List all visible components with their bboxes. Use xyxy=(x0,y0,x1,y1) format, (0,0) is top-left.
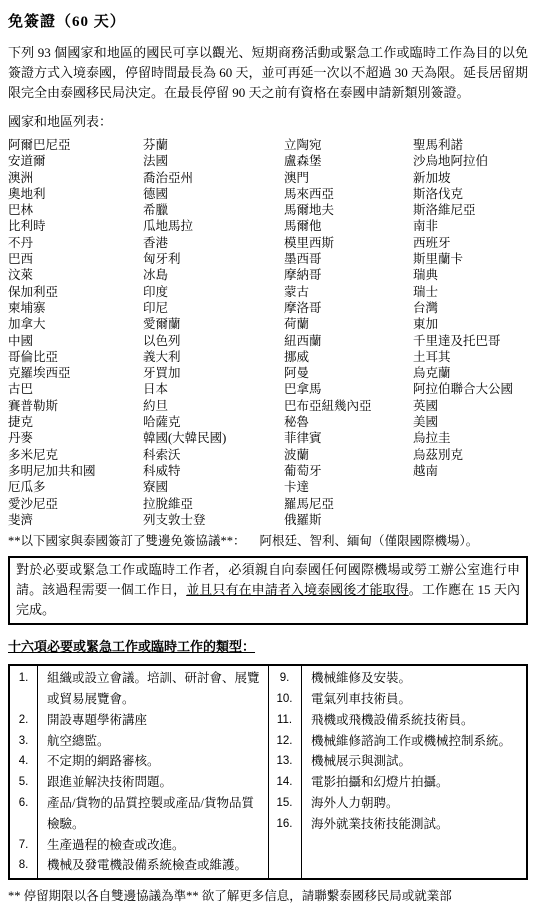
country-item: 印尼 xyxy=(143,300,284,316)
work-type-number: 15. xyxy=(268,793,301,814)
work-type-row: 3. 航空總監。 xyxy=(10,731,268,752)
country-item: 保加利亞 xyxy=(8,284,143,300)
country-item: 摩洛哥 xyxy=(284,300,413,316)
country-item: 捷克 xyxy=(8,414,143,430)
work-type-number: 8. xyxy=(10,855,37,876)
country-item: 瑞典 xyxy=(413,267,536,283)
work-type-text: 飛機或飛機設備系統技術員。 xyxy=(301,710,526,731)
country-column-4: 聖馬利諾沙烏地阿拉伯新加坡斯洛伐克斯洛維尼亞南非西班牙斯里蘭卡瑞典瑞士台灣東加千… xyxy=(413,137,536,528)
country-column-1: 阿爾巴尼亞安道爾澳洲奧地利巴林比利時不丹巴西汶萊保加利亞柬埔寨加拿大中國哥倫比亞… xyxy=(8,137,143,528)
country-list-label: 國家和地區列表： xyxy=(8,111,528,130)
country-item: 斯洛伐克 xyxy=(413,186,536,202)
country-item: 千里達及托巴哥 xyxy=(413,333,536,349)
work-type-text: 機械維修諮詢工作或機械控制系統。 xyxy=(301,731,526,752)
country-item: 土耳其 xyxy=(413,349,536,365)
country-item: 巴拿馬 xyxy=(284,381,413,397)
work-type-number: 1. xyxy=(10,668,37,710)
country-item: 沙烏地阿拉伯 xyxy=(413,153,536,169)
work-type-row: 9. 機械維修及安裝。 xyxy=(268,668,526,689)
work-type-row: 12. 機械維修諮詢工作或機械控制系統。 xyxy=(268,731,526,752)
work-type-number: 14. xyxy=(268,772,301,793)
work-type-row: 10. 電氣列車技術員。 xyxy=(268,689,526,710)
country-item: 波蘭 xyxy=(284,447,413,463)
country-item: 義大利 xyxy=(143,349,284,365)
document-page: 免簽證（60 天） 下列 93 個國家和地區的國民可享以觀光、短期商務活動或緊急… xyxy=(0,0,536,923)
work-type-row: 16. 海外就業技術技能測試。 xyxy=(268,814,526,835)
work-type-text: 不定期的網路審核。 xyxy=(37,751,268,772)
country-item: 古巴 xyxy=(8,381,143,397)
country-item: 阿爾巴尼亞 xyxy=(8,137,143,153)
country-item: 東加 xyxy=(413,316,536,332)
bilateral-note: **以下國家與泰國簽訂了雙邊免簽協議**：阿根廷、智利、緬甸（僅限國際機場）。 xyxy=(8,531,528,549)
work-type-text: 海外人力朝聘。 xyxy=(301,793,526,814)
country-item: 拉脫維亞 xyxy=(143,496,284,512)
country-item: 斐濟 xyxy=(8,512,143,528)
work-type-row: 13. 機械展示與測試。 xyxy=(268,751,526,772)
notice-text-underlined: 並且只有在申請者入境泰國後才能取得 xyxy=(186,582,409,597)
country-item: 巴布亞紐幾內亞 xyxy=(284,398,413,414)
country-item: 烏拉圭 xyxy=(413,430,536,446)
country-item: 愛沙尼亞 xyxy=(8,496,143,512)
country-item: 巴西 xyxy=(8,251,143,267)
country-item: 多米尼克 xyxy=(8,447,143,463)
country-item: 冰島 xyxy=(143,267,284,283)
country-item: 哈薩克 xyxy=(143,414,284,430)
country-item: 哥倫比亞 xyxy=(8,349,143,365)
application-notice-box: 對於必要或緊急工作或臨時工作者，必須親自向泰國任何國際機場或勞工辦公室進行申請。… xyxy=(8,556,528,625)
country-item: 德國 xyxy=(143,186,284,202)
country-item: 挪威 xyxy=(284,349,413,365)
country-item: 摩納哥 xyxy=(284,267,413,283)
country-item: 俄羅斯 xyxy=(284,512,413,528)
work-type-number: 9. xyxy=(268,668,301,689)
work-type-number: 10. xyxy=(268,689,301,710)
country-item: 越南 xyxy=(413,463,536,479)
country-item: 菲律賓 xyxy=(284,430,413,446)
country-item: 賽普勒斯 xyxy=(8,398,143,414)
country-item: 斯里蘭卡 xyxy=(413,251,536,267)
country-item: 不丹 xyxy=(8,235,143,251)
work-type-row: 6. 產品/貨物的品質控製或產品/貨物品質檢驗。 xyxy=(10,793,268,835)
work-type-text: 電氣列車技術員。 xyxy=(301,689,526,710)
work-type-number: 13. xyxy=(268,751,301,772)
country-item: 瑞士 xyxy=(413,284,536,300)
country-item: 約旦 xyxy=(143,398,284,414)
work-type-number: 5. xyxy=(10,772,37,793)
bilateral-note-label: **以下國家與泰國簽訂了雙邊免簽協議**： xyxy=(8,534,246,548)
country-item: 以色列 xyxy=(143,333,284,349)
country-item: 科威特 xyxy=(143,463,284,479)
work-type-text: 海外就業技術技能測試。 xyxy=(301,814,526,835)
country-item: 羅馬尼亞 xyxy=(284,496,413,512)
country-item: 澳洲 xyxy=(8,170,143,186)
work-type-row: 7. 生產過程的檢查或改進。 xyxy=(10,835,268,856)
country-item: 立陶宛 xyxy=(284,137,413,153)
work-types-heading: 十六項必要或緊急工作或臨時工作的類型： xyxy=(8,636,528,655)
work-type-text: 產品/貨物的品質控製或產品/貨物品質檢驗。 xyxy=(37,793,268,835)
work-type-number: 11. xyxy=(268,710,301,731)
work-type-number: 6. xyxy=(10,793,37,835)
country-item: 台灣 xyxy=(413,300,536,316)
country-list: 阿爾巴尼亞安道爾澳洲奧地利巴林比利時不丹巴西汶萊保加利亞柬埔寨加拿大中國哥倫比亞… xyxy=(8,137,528,528)
country-item: 安道爾 xyxy=(8,153,143,169)
country-item: 汶萊 xyxy=(8,267,143,283)
table-divider xyxy=(268,666,269,878)
country-item: 美國 xyxy=(413,414,536,430)
work-type-number: 2. xyxy=(10,710,37,731)
country-column-2: 芬蘭法國喬治亞州德國希臘瓜地馬拉香港匈牙利冰島印度印尼愛爾蘭以色列義大利牙買加日… xyxy=(143,137,284,528)
country-item: 荷蘭 xyxy=(284,316,413,332)
work-type-number: 12. xyxy=(268,731,301,752)
country-item: 丹麥 xyxy=(8,430,143,446)
country-item: 韓國(大韓民國) xyxy=(143,430,284,446)
country-item: 南非 xyxy=(413,218,536,234)
country-item: 多明尼加共和國 xyxy=(8,463,143,479)
country-item: 法國 xyxy=(143,153,284,169)
country-item: 加拿大 xyxy=(8,316,143,332)
country-item: 阿曼 xyxy=(284,365,413,381)
country-item: 寮國 xyxy=(143,479,284,495)
country-item: 卡達 xyxy=(284,479,413,495)
work-type-text: 組織或設立會議。培訓、研討會、展覽或貿易展覽會。 xyxy=(37,668,268,710)
country-item: 瓜地馬拉 xyxy=(143,218,284,234)
work-type-row: 11. 飛機或飛機設備系統技術員。 xyxy=(268,710,526,731)
work-type-number: 7. xyxy=(10,835,37,856)
country-item: 馬爾他 xyxy=(284,218,413,234)
country-item: 匈牙利 xyxy=(143,251,284,267)
country-item: 比利時 xyxy=(8,218,143,234)
country-item: 烏克蘭 xyxy=(413,365,536,381)
country-item: 日本 xyxy=(143,381,284,397)
work-type-row: 15. 海外人力朝聘。 xyxy=(268,793,526,814)
work-types-right-column: 9. 機械維修及安裝。 10. 電氣列車技術員。 11. 飛機或飛機設備系統技術… xyxy=(268,666,526,878)
bilateral-note-countries: 阿根廷、智利、緬甸（僅限國際機場）。 xyxy=(260,534,479,548)
country-column-3: 立陶宛盧森堡澳門馬來西亞馬爾地夫馬爾他模里西斯墨西哥摩納哥蒙古摩洛哥荷蘭紐西蘭挪… xyxy=(284,137,413,528)
country-item: 馬爾地夫 xyxy=(284,202,413,218)
table-divider xyxy=(301,666,302,878)
work-type-text: 開設專題學術講座 xyxy=(37,710,268,731)
country-item: 西班牙 xyxy=(413,235,536,251)
country-item: 紐西蘭 xyxy=(284,333,413,349)
work-type-text: 電影拍攝和幻燈片拍攝。 xyxy=(301,772,526,793)
work-types-table: 1. 組織或設立會議。培訓、研討會、展覽或貿易展覽會。 2. 開設專題學術講座 … xyxy=(8,664,528,880)
work-type-row: 2. 開設專題學術講座 xyxy=(10,710,268,731)
work-type-row: 14. 電影拍攝和幻燈片拍攝。 xyxy=(268,772,526,793)
footer-note: ** 停留期限以各自雙邊協議為準** 欲了解更多信息，請聯繫泰國移民局或就業部 xyxy=(8,886,528,904)
work-type-number: 16. xyxy=(268,814,301,835)
country-item: 中國 xyxy=(8,333,143,349)
country-item: 奧地利 xyxy=(8,186,143,202)
country-item: 斯洛維尼亞 xyxy=(413,202,536,218)
country-item: 印度 xyxy=(143,284,284,300)
country-item: 愛爾蘭 xyxy=(143,316,284,332)
country-item: 聖馬利諾 xyxy=(413,137,536,153)
country-item: 柬埔寨 xyxy=(8,300,143,316)
intro-paragraph: 下列 93 個國家和地區的國民可享以觀光、短期商務活動或緊急工作或臨時工作為目的… xyxy=(8,43,528,103)
work-type-text: 機械及發電機設備系統檢查或維護。 xyxy=(37,855,268,876)
work-type-number: 3. xyxy=(10,731,37,752)
work-type-row: 8. 機械及發電機設備系統檢查或維護。 xyxy=(10,855,268,876)
work-type-number: 4. xyxy=(10,751,37,772)
country-item: 列支敦士登 xyxy=(143,512,284,528)
table-divider xyxy=(37,666,38,878)
country-item: 澳門 xyxy=(284,170,413,186)
country-item: 克羅埃西亞 xyxy=(8,365,143,381)
country-item: 模里西斯 xyxy=(284,235,413,251)
work-type-text: 航空總監。 xyxy=(37,731,268,752)
country-item: 馬來西亞 xyxy=(284,186,413,202)
work-type-row: 5. 跟進並解決技術問題。 xyxy=(10,772,268,793)
work-type-text: 生產過程的檢查或改進。 xyxy=(37,835,268,856)
country-item: 烏茲別克 xyxy=(413,447,536,463)
work-type-text: 跟進並解決技術問題。 xyxy=(37,772,268,793)
country-item: 盧森堡 xyxy=(284,153,413,169)
page-title: 免簽證（60 天） xyxy=(8,10,528,31)
country-item: 喬治亞州 xyxy=(143,170,284,186)
country-item: 厄瓜多 xyxy=(8,479,143,495)
country-item: 希臘 xyxy=(143,202,284,218)
country-item: 香港 xyxy=(143,235,284,251)
country-item: 蒙古 xyxy=(284,284,413,300)
country-item: 芬蘭 xyxy=(143,137,284,153)
work-type-row: 1. 組織或設立會議。培訓、研討會、展覽或貿易展覽會。 xyxy=(10,668,268,710)
work-type-row: 4. 不定期的網路審核。 xyxy=(10,751,268,772)
country-item: 阿拉伯聯合大公國 xyxy=(413,381,536,397)
country-item: 牙買加 xyxy=(143,365,284,381)
work-type-text: 機械展示與測試。 xyxy=(301,751,526,772)
country-item: 墨西哥 xyxy=(284,251,413,267)
work-types-left-column: 1. 組織或設立會議。培訓、研討會、展覽或貿易展覽會。 2. 開設專題學術講座 … xyxy=(10,666,268,878)
country-item: 科索沃 xyxy=(143,447,284,463)
country-item: 英國 xyxy=(413,398,536,414)
country-item: 葡萄牙 xyxy=(284,463,413,479)
country-item: 新加坡 xyxy=(413,170,536,186)
country-item: 巴林 xyxy=(8,202,143,218)
country-item: 秘魯 xyxy=(284,414,413,430)
work-type-text: 機械維修及安裝。 xyxy=(301,668,526,689)
